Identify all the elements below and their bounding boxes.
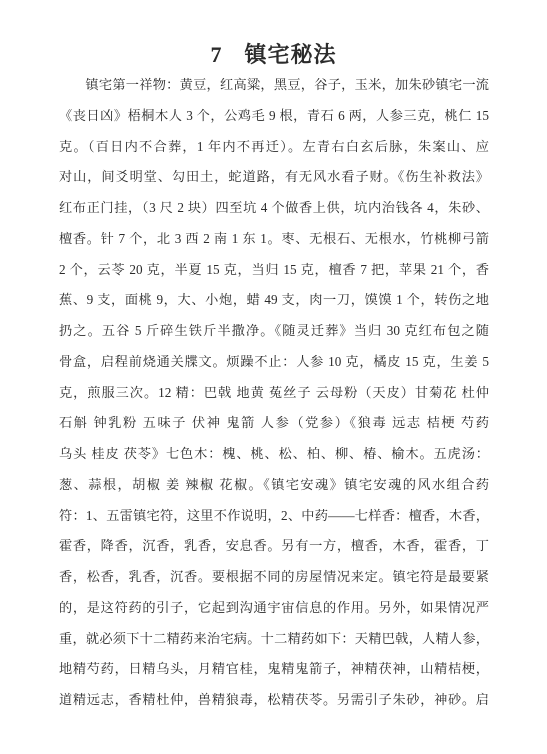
paragraph-line-19: 重，就必须下十二精药来治宅病。十二精药如下：天精巴戟，人精人参， <box>59 624 489 655</box>
paragraph-line-15: 符：1、五雷镇宅符，这里不作说明，2、中药——七样香：檀香，木香， <box>59 501 489 532</box>
paragraph-line-11: 克，煎服三次。12 精：巴戟 地黄 菟丝子 云母粉（天皮）甘菊花 杜仲 <box>59 378 489 409</box>
paragraph-line-20: 地精芍药，日精乌头，月精官桂，鬼精鬼箭子，神精茯神，山精桔梗， <box>59 654 489 685</box>
paragraph-line-8: 蕉、9 支，面桃 9，大、小炮，蜡 49 支，肉一刀，馍馍 1 个，转伤之地 <box>59 285 489 316</box>
paragraph-line-21: 道精远志，香精杜仲，兽精狼毒，松精茯苓。另需引子朱砂，神砂。启 <box>59 685 489 716</box>
paragraph-line-1: 镇宅第一祥物：黄豆，红高粱，黑豆，谷子，玉米，加朱砂镇宅一流 <box>59 70 489 101</box>
paragraph-line-9: 扔之。五谷 5 斤碎生铁斤半撒净。《随灵迁葬》当归 30 克红布包之随 <box>59 316 489 347</box>
paragraph-line-7: 2 个，云苓 20 克，半夏 15 克，当归 15 克，檀香 7 把，苹果 21… <box>59 255 489 286</box>
chapter-number: 7 <box>210 42 222 68</box>
paragraph-line-3: 克。（百日内不合葬，1 年内不再迁）。左青右白玄后脉，朱案山、应 <box>59 132 489 163</box>
page-title: 7镇宅秘法 <box>0 38 547 69</box>
document-page: 7镇宅秘法 镇宅第一祥物：黄豆，红高粱，黑豆，谷子，玉米，加朱砂镇宅一流 《丧日… <box>0 0 547 754</box>
paragraph-line-6: 檀香。针 7 个，北 3 西 2 南 1 东 1。枣、无根石、无根水，竹桃柳弓箭 <box>59 224 489 255</box>
document-body: 镇宅第一祥物：黄豆，红高粱，黑豆，谷子，玉米，加朱砂镇宅一流 《丧日凶》梧桐木人… <box>59 70 489 716</box>
chapter-title-text: 镇宅秘法 <box>244 42 336 67</box>
paragraph-line-13: 乌头 桂皮 茯苓》七色木：槐、桃、松、柏、柳、椿、榆木。五虎汤： <box>59 439 489 470</box>
paragraph-line-14: 葱、蒜根，胡椒 姜 辣椒 花椒。《镇宅安魂》镇宅安魂的风水组合药 <box>59 470 489 501</box>
paragraph-line-4: 对山，间爻明堂、勾田土，蛇道路，有无风水看子财。《伤生补救法》 <box>59 162 489 193</box>
paragraph-line-17: 香，松香，乳香，沉香。要根据不同的房屋情况来定。镇宅符是最要紧 <box>59 562 489 593</box>
paragraph-line-5: 红布正门挂，（3 尺 2 块）四至坑 4 个做香上供，坑内治钱各 4，朱砂、 <box>59 193 489 224</box>
paragraph-line-10: 骨盒，启程前烧通关牒文。烦躁不止：人参 10 克，橘皮 15 克，生姜 5 <box>59 347 489 378</box>
paragraph-line-16: 霍香，降香，沉香，乳香，安息香。另有一方，檀香，木香，霍香，丁 <box>59 531 489 562</box>
paragraph-line-18: 的，是这符药的引子，它起到沟通宇宙信息的作用。另外，如果情况严 <box>59 593 489 624</box>
paragraph-line-2: 《丧日凶》梧桐木人 3 个，公鸡毛 9 根，青石 6 两，人参三克，桃仁 15 <box>59 101 489 132</box>
paragraph-line-12: 石斛 钟乳粉 五味子 伏神 鬼箭 人参（党参）《狼毒 远志 桔梗 芍药 <box>59 408 489 439</box>
